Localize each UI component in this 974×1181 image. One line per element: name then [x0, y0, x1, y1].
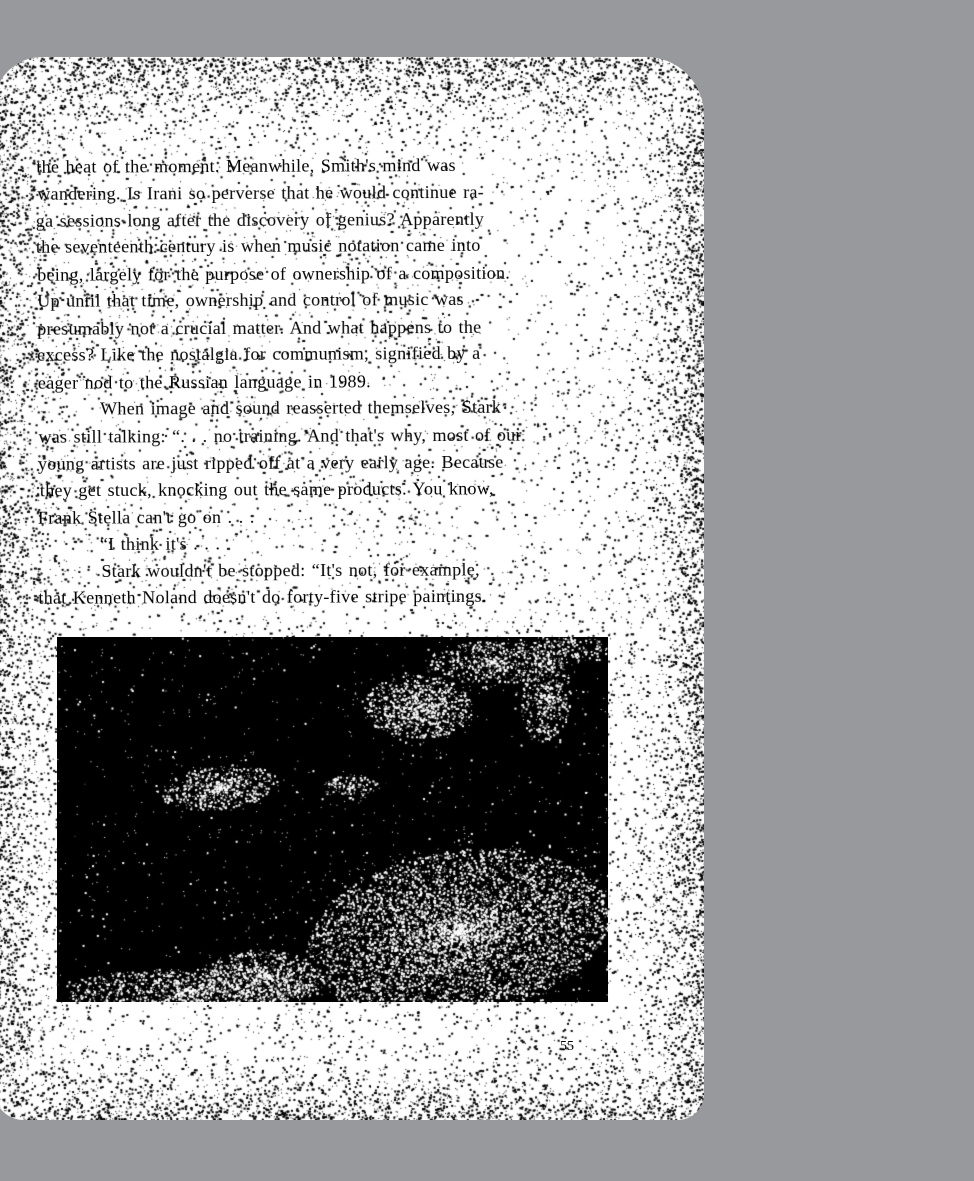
figure-canvas	[57, 637, 608, 1002]
page-number: 55	[560, 1039, 574, 1055]
text-line: When image and sound reasserted themselv…	[38, 393, 624, 423]
text-line: the seventeenth century is when music no…	[36, 231, 622, 261]
text-line: Stark wouldn't be stopped: “It's not, fo…	[39, 556, 625, 586]
text-line: was still talking: “. . . no training. A…	[38, 421, 624, 451]
scanned-page: the heat of the moment. Meanwhile, Smith…	[0, 57, 704, 1120]
text-line: being, largely for the purpose of owners…	[37, 259, 623, 289]
text-line: that Kenneth Noland doesn't do forty-fiv…	[38, 582, 624, 612]
text-line: excess? Like the nostalgia for communism…	[37, 339, 623, 369]
text-line: eager nod to the Russian language in 198…	[38, 367, 624, 397]
text-line: Frank Stella can't go on . . .	[38, 502, 624, 532]
text-line: ga sessions long after the discovery of …	[36, 205, 622, 235]
text-line: they get stuck, knocking out the same pr…	[40, 475, 626, 505]
text-line: Up until that time, ownership and contro…	[37, 285, 623, 315]
figure-image	[57, 637, 608, 1002]
body-text: the heat of the moment. Meanwhile, Smith…	[37, 151, 625, 613]
text-line: the heat of the moment. Meanwhile, Smith…	[36, 151, 622, 181]
text-line: presumably not a crucial matter. And wha…	[37, 313, 623, 343]
text-line: “I think it's . . .	[38, 529, 624, 559]
scanner-background: { "colors": { "background": "#98999c", "…	[0, 0, 974, 1181]
text-line: young artists are just ripped off at a v…	[38, 448, 624, 478]
text-line: wandering. Is Irani so perverse that he …	[37, 178, 623, 208]
